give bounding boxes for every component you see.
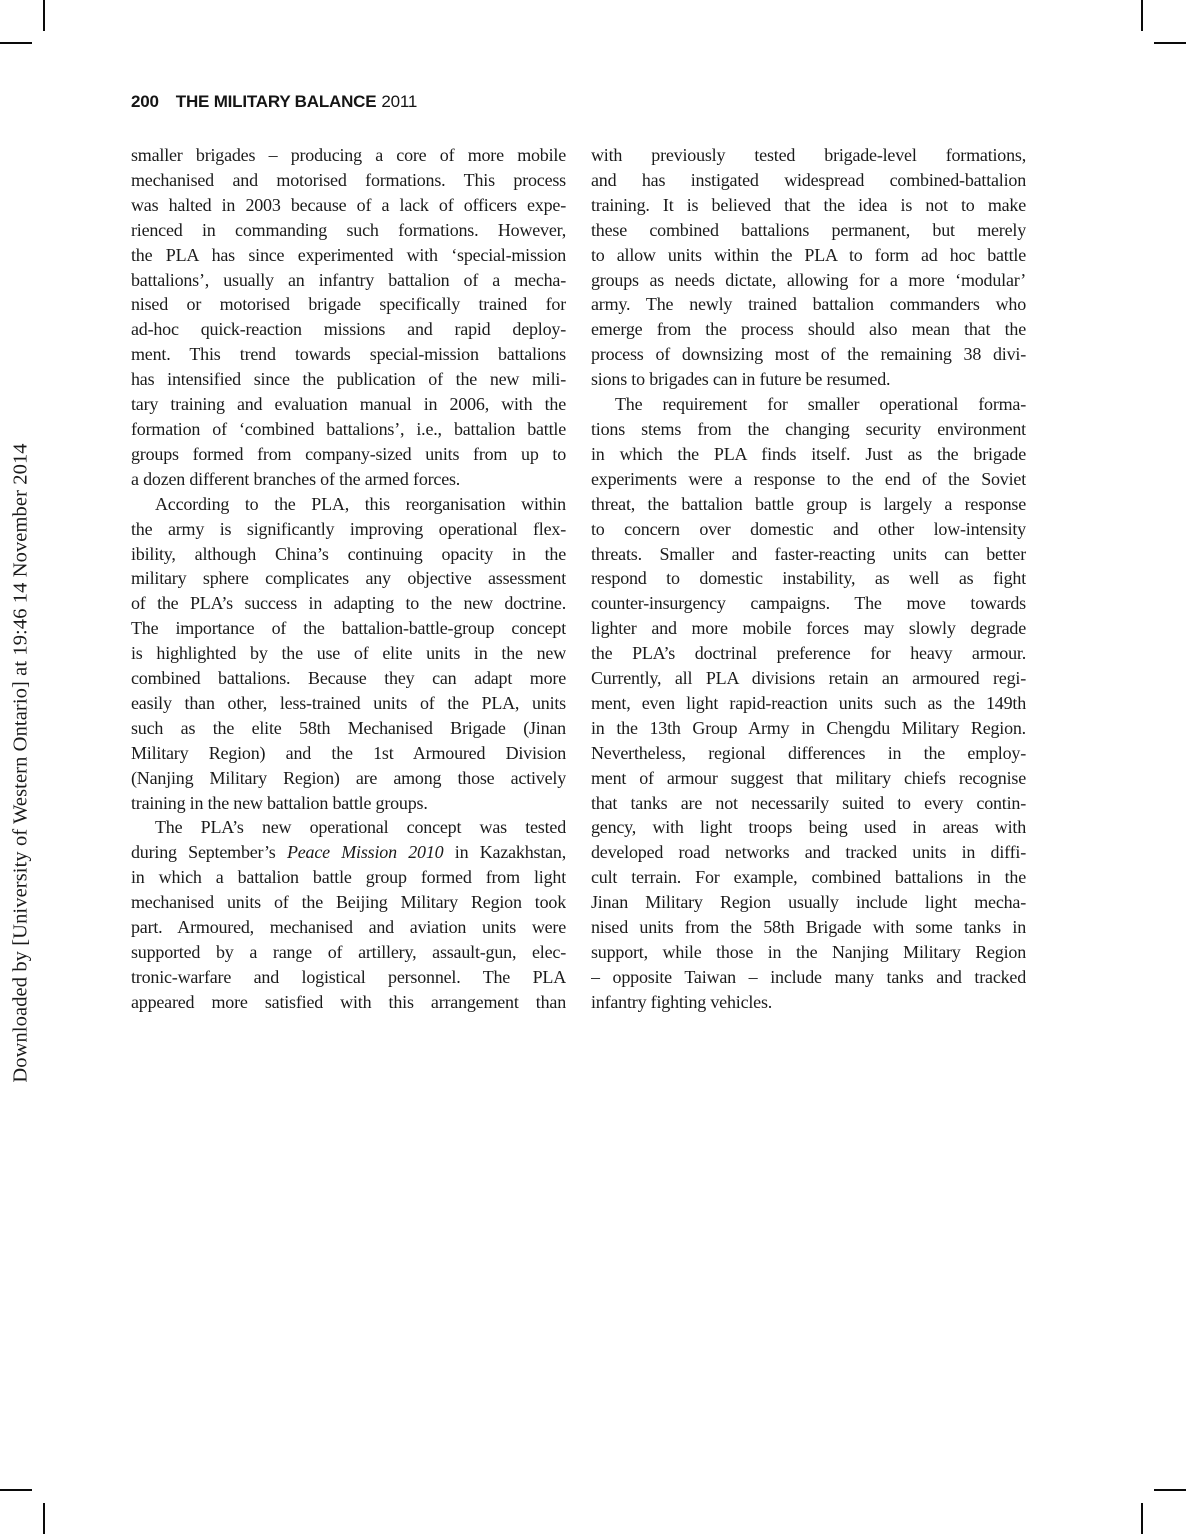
text-line: in which the PLA finds itself. Just as t…	[591, 442, 1026, 467]
text-line: ad-hoc quick-reaction missions and rapid…	[131, 317, 566, 342]
text-line: the army is significantly improving oper…	[131, 517, 566, 542]
text-line: (Nanjing Military Region) are among thos…	[131, 766, 566, 791]
text-line: ibility, although China’s continuing opa…	[131, 542, 566, 567]
text-line: respond to domestic instability, as well…	[591, 566, 1026, 591]
text-line: mechanised and motorised formations. Thi…	[131, 168, 566, 193]
text-line: a dozen different branches of the armed …	[131, 467, 566, 492]
text-line: is highlighted by the use of elite units…	[131, 641, 566, 666]
text-line: ment, even light rapid-reaction units su…	[591, 691, 1026, 716]
crop-mark-top-left-vertical	[43, 0, 45, 31]
text-line: tions stems from the changing security e…	[591, 417, 1026, 442]
text-line: the PLA has since experimented with ‘spe…	[131, 243, 566, 268]
text-line: nised or motorised brigade specifically …	[131, 292, 566, 317]
text-line: – opposite Taiwan – include many tanks a…	[591, 965, 1026, 990]
text-line: easily than other, less-trained units of…	[131, 691, 566, 716]
text-line: gency, with light troops being used in a…	[591, 815, 1026, 840]
text-line: ment. This trend towards special-mission…	[131, 342, 566, 367]
text-line: developed road networks and tracked unit…	[591, 840, 1026, 865]
text-line: the PLA’s doctrinal preference for heavy…	[591, 641, 1026, 666]
text-line: mechanised units of the Beijing Military…	[131, 890, 566, 915]
text-line: part. Armoured, mechanised and aviation …	[131, 915, 566, 940]
text-line: in the 13th Group Army in Chengdu Milita…	[591, 716, 1026, 741]
text-line: these combined battalions permanent, but…	[591, 218, 1026, 243]
text-line: emerge from the process should also mean…	[591, 317, 1026, 342]
crop-mark-bottom-right-vertical	[1141, 1503, 1143, 1534]
crop-mark-top-left-horizontal	[0, 42, 32, 44]
text-line: Nevertheless, regional differences in th…	[591, 741, 1026, 766]
text-line: infantry fighting vehicles.	[591, 990, 1026, 1015]
text-line: during September’s Peace Mission 2010 in…	[131, 840, 566, 865]
text-line: experiments were a response to the end o…	[591, 467, 1026, 492]
text-line: The importance of the battalion-battle-g…	[131, 616, 566, 641]
text-line: ment of armour suggest that military chi…	[591, 766, 1026, 791]
text-line: with previously tested brigade-level for…	[591, 143, 1026, 168]
crop-mark-bottom-left-vertical	[43, 1503, 45, 1534]
text-line: groups formed from company-sized units f…	[131, 442, 566, 467]
text-line: process of downsizing most of the remain…	[591, 342, 1026, 367]
crop-mark-top-right-horizontal	[1154, 42, 1186, 44]
text-line: to allow units within the PLA to form ad…	[591, 243, 1026, 268]
book-title: THE MILITARY BALANCE	[176, 92, 377, 111]
text-line: to concern over domestic and other low-i…	[591, 517, 1026, 542]
text-line: and has instigated widespread combined-b…	[591, 168, 1026, 193]
crop-mark-top-right-vertical	[1141, 0, 1143, 31]
text-line: counter-insurgency campaigns. The move t…	[591, 591, 1026, 616]
text-line: tronic-warfare and logistical personnel.…	[131, 965, 566, 990]
page-number: 200	[131, 92, 159, 111]
text-line: Jinan Military Region usually include li…	[591, 890, 1026, 915]
text-line: Currently, all PLA divisions retain an a…	[591, 666, 1026, 691]
text-line: in which a battalion battle group formed…	[131, 865, 566, 890]
text-line: training in the new battalion battle gro…	[131, 791, 566, 816]
text-line: tary training and evaluation manual in 2…	[131, 392, 566, 417]
text-line: has intensified since the publication of…	[131, 367, 566, 392]
text-line: lighter and more mobile forces may slowl…	[591, 616, 1026, 641]
text-line: formation of ‘combined battalions’, i.e.…	[131, 417, 566, 442]
text-line: supported by a range of artillery, assau…	[131, 940, 566, 965]
crop-mark-bottom-left-horizontal	[0, 1489, 32, 1491]
text-line: The PLA’s new operational concept was te…	[131, 815, 566, 840]
text-line: The requirement for smaller operational …	[591, 392, 1026, 417]
book-page: Downloaded by [University of Western Ont…	[0, 0, 1186, 1534]
text-line: training. It is believed that the idea i…	[591, 193, 1026, 218]
text-line: such as the elite 58th Mechanised Brigad…	[131, 716, 566, 741]
book-year: 2011	[381, 92, 417, 111]
page-header: 200THE MILITARY BALANCE2011	[131, 93, 417, 110]
text-line: cult terrain. For example, combined batt…	[591, 865, 1026, 890]
text-line: threat, the battalion battle group is la…	[591, 492, 1026, 517]
text-line: military sphere complicates any objectiv…	[131, 566, 566, 591]
text-line: was halted in 2003 because of a lack of …	[131, 193, 566, 218]
text-line: battalions’, usually an infantry battali…	[131, 268, 566, 293]
text-line: combined battalions. Because they can ad…	[131, 666, 566, 691]
text-line: of the PLA’s success in adapting to the …	[131, 591, 566, 616]
text-line: nised units from the 58th Brigade with s…	[591, 915, 1026, 940]
download-watermark: Downloaded by [University of Western Ont…	[10, 443, 33, 1082]
text-line: support, while those in the Nanjing Mili…	[591, 940, 1026, 965]
text-line: threats. Smaller and faster-reacting uni…	[591, 542, 1026, 567]
right-column: with previously tested brigade-level for…	[591, 143, 1026, 1015]
text-line: appeared more satisfied with this arrang…	[131, 990, 566, 1015]
text-line: Military Region) and the 1st Armoured Di…	[131, 741, 566, 766]
text-line: rienced in commanding such formations. H…	[131, 218, 566, 243]
text-line: army. The newly trained battalion comman…	[591, 292, 1026, 317]
crop-mark-bottom-right-horizontal	[1154, 1489, 1186, 1491]
text-line: sions to brigades can in future be resum…	[591, 367, 1026, 392]
text-line: groups as needs dictate, allowing for a …	[591, 268, 1026, 293]
text-line: According to the PLA, this reorganisatio…	[131, 492, 566, 517]
text-line: smaller brigades – producing a core of m…	[131, 143, 566, 168]
left-column: smaller brigades – producing a core of m…	[131, 143, 566, 1015]
text-line: that tanks are not necessarily suited to…	[591, 791, 1026, 816]
